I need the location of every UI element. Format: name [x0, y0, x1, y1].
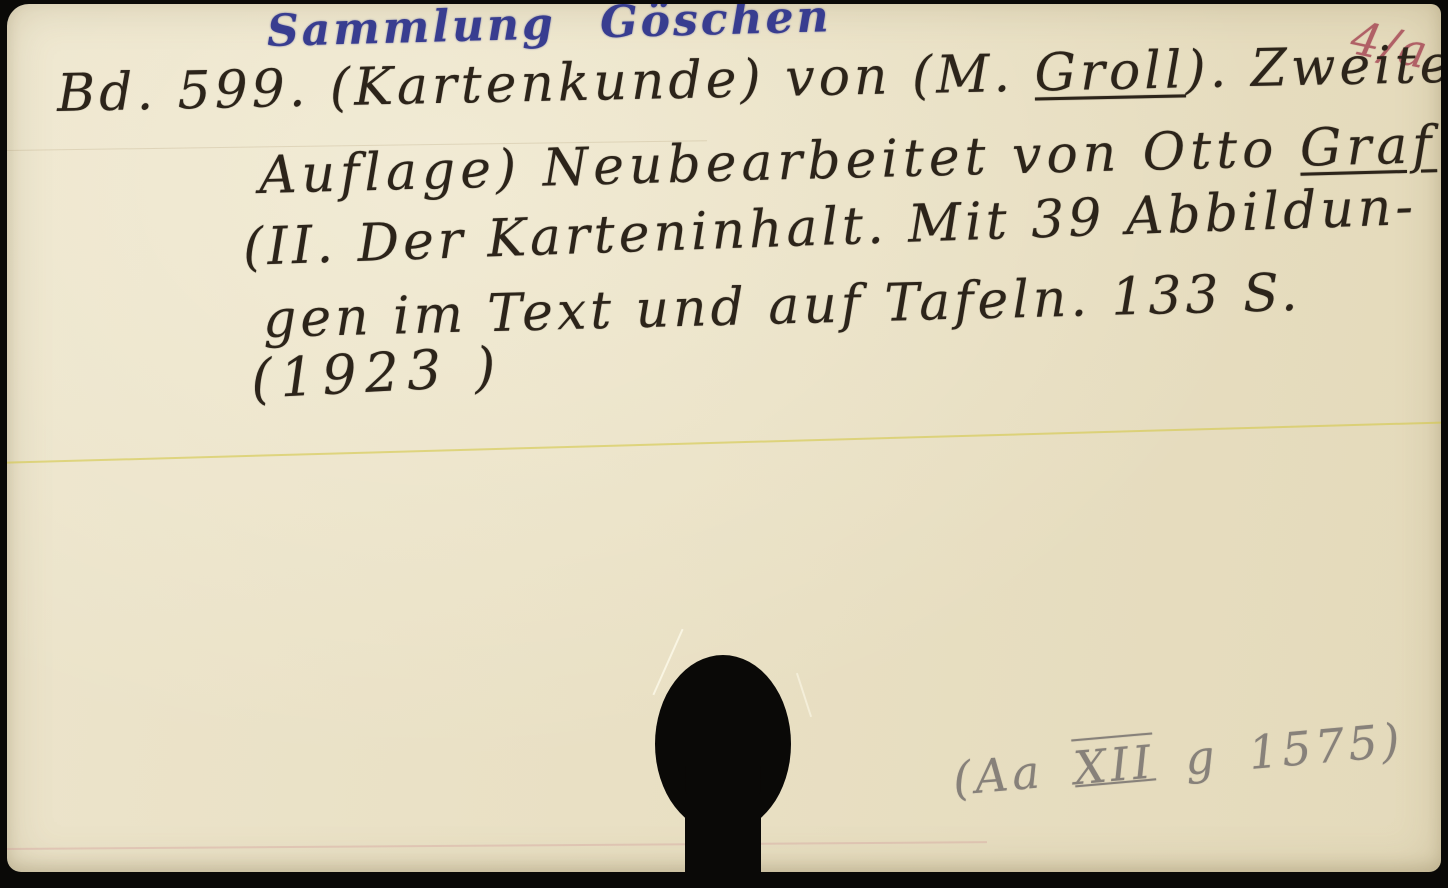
scanned-catalog-card: Sammlung Göschen 4/a Bd. 599. (Kartenkun…	[0, 0, 1448, 888]
keyhole-stem-base	[685, 794, 761, 888]
line1-pre: Bd. 599. (Kartenkunde) von (M.	[56, 44, 1035, 124]
catalog-line-1: Bd. 599. (Kartenkunde) von (M. Groll). Z…	[56, 35, 1441, 124]
shelfmark-pre: (Aa	[951, 742, 1076, 806]
line4-text: gen im Text und auf Tafeln. 133 S.	[262, 263, 1302, 350]
publication-year: (1923 )	[249, 335, 505, 411]
punch-hole	[590, 616, 890, 888]
author-surname-underlined: Groll	[1034, 40, 1186, 103]
shelfmark-roman-numeral: XII	[1071, 734, 1156, 795]
year-text: (1923 )	[249, 335, 505, 411]
catalog-line-4: gen im Text und auf Tafeln. 133 S.	[262, 263, 1302, 350]
shelfmark-post: g 1575)	[1152, 713, 1405, 789]
line1-post: ). Zweite	[1185, 35, 1441, 101]
editor-surname-underlined: Graf	[1299, 115, 1437, 179]
yellow-rule-line	[7, 421, 1441, 464]
shelfmark: (Aa XII g 1575)	[951, 713, 1406, 806]
